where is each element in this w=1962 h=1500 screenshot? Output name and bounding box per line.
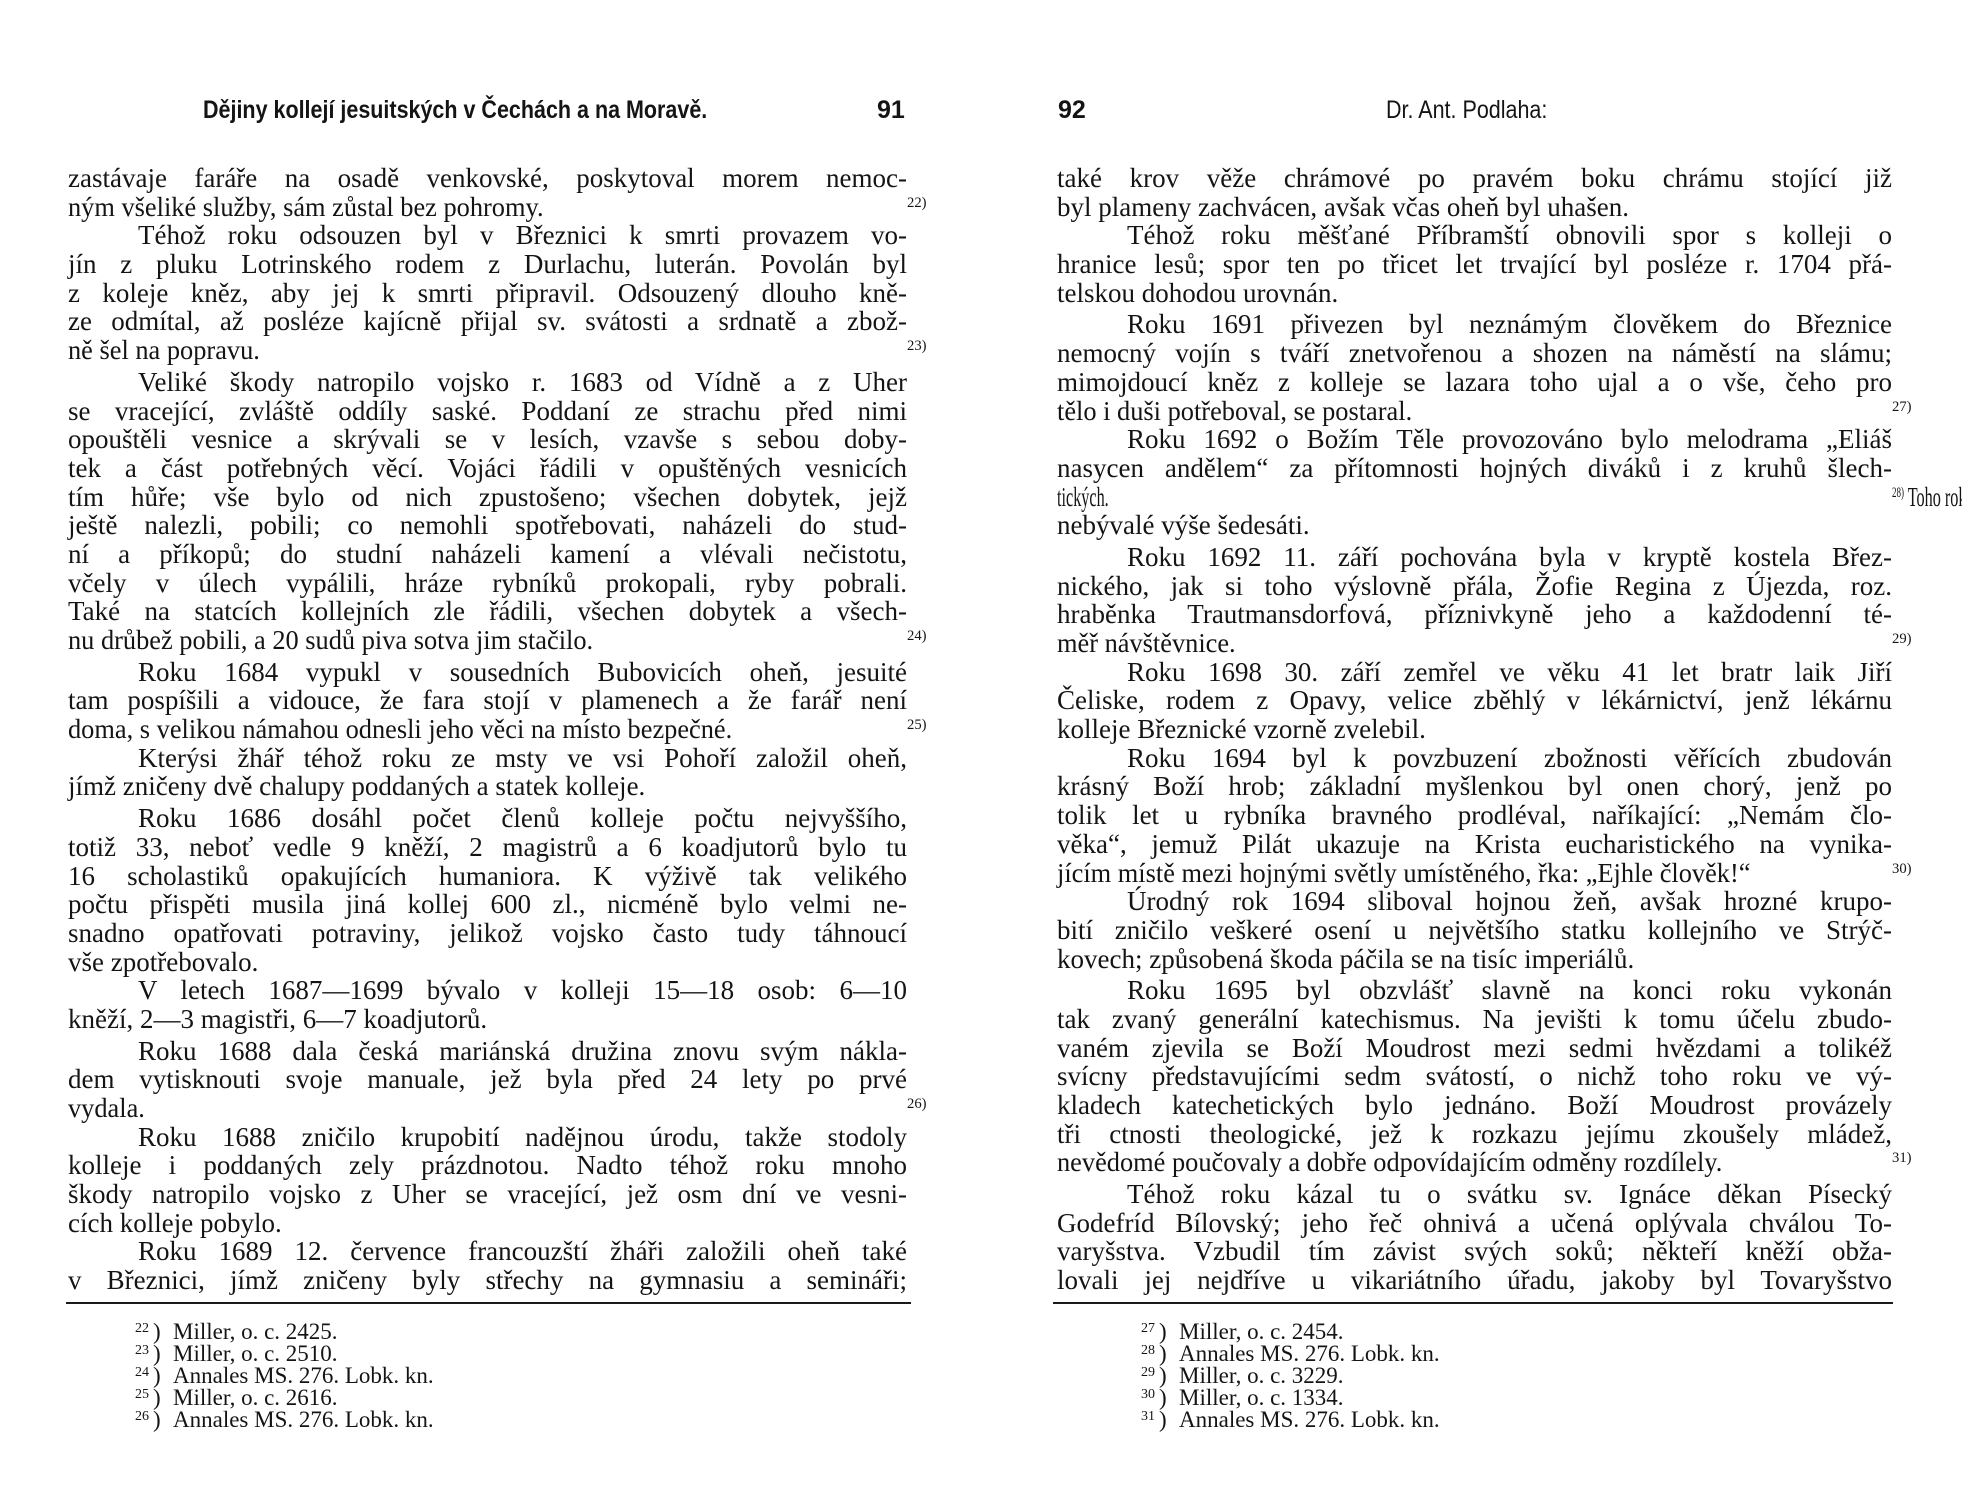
text-line: hraběnka Trautmansdorfová, příznivkyně j… (1057, 600, 1892, 629)
text-line: tím hůře; vše bylo od nich zpustošeno; v… (68, 483, 907, 512)
text-line: ným všeliké služby, sám zůstal bez pohro… (68, 193, 907, 222)
text-line: totiž 33, neboť vedle 9 kněží, 2 magistr… (68, 833, 907, 862)
text-line: zastávaje faráře na osadě venkovské, pos… (68, 164, 907, 193)
text-line: Téhož roku kázal tu o svátku sv. Ignáce … (1057, 1180, 1892, 1209)
text-line: jímž zničeny dvě chalupy poddaných a sta… (68, 772, 907, 801)
footnote: 28)Annales MS. 276. Lobk. kn. (1141, 1340, 1440, 1362)
text-line: Roku 1695 byl obzvlášť slavně na konci r… (1057, 976, 1892, 1005)
text-line: tak zvaný generální katechismus. Na jevi… (1057, 1005, 1892, 1034)
text-line: nického, jak si toho výslovně přála, Žof… (1057, 572, 1892, 601)
right-page: 92 Dr. Ant. Podlaha: také krov věže chrá… (981, 0, 1962, 1500)
text-line: 16 scholastiků opakujících humaniora. K … (68, 862, 907, 891)
text-line: Godefríd Bílovský; jeho řeč ohnivá a uče… (1057, 1209, 1892, 1238)
body-text: také krov věže chrámové po pravém boku c… (1057, 164, 1892, 1295)
text-line: kovech; způsobená škoda páčila se na tis… (1057, 945, 1892, 974)
text-line: tek a část potřebných věcí. Vojáci řádil… (68, 454, 907, 483)
text-line: byl plameny zachvácen, avšak včas oheň b… (1057, 193, 1892, 222)
text-line: tických.28) Toho roku počet chovanců sem… (1057, 483, 1892, 512)
text-line: Roku 1694 byl k povzbuzení zbožnosti věř… (1057, 744, 1892, 773)
text-line: Také na statcích kollejních zle řádili, … (68, 597, 907, 626)
text-line: měř návštěvnice.29) (1057, 629, 1892, 658)
footnote-ref: 29) (1892, 631, 1912, 647)
text-line: nebývalé výše šedesáti. (1057, 511, 1892, 540)
text-line: kolleje Březnické vzorně zvelebil. (1057, 715, 1892, 744)
footnote: 26)Annales MS. 276. Lobk. kn. (135, 1406, 434, 1428)
text-line: ně šel na popravu.23) (68, 336, 907, 365)
text-line: věka“, jemuž Pilát ukazuje na Krista euc… (1057, 830, 1892, 859)
text-line: Roku 1698 30. září zemřel ve věku 41 let… (1057, 658, 1892, 687)
text-line: Čeliske, rodem z Opavy, velice zběhlý v … (1057, 686, 1892, 715)
footnote: 24)Annales MS. 276. Lobk. kn. (135, 1362, 434, 1384)
text-line: Kterýsi žhář téhož roku ze msty ve vsi P… (68, 744, 907, 773)
text-line: z koleje kněz, aby jej k smrti připravil… (68, 279, 907, 308)
text-line: kladech katechetických bylo jednáno. Bož… (1057, 1091, 1892, 1120)
text-line: ze odmítal, až posléze kajícně přijal sv… (68, 307, 907, 336)
text-line: Roku 1691 přivezen byl neznámým člověkem… (1057, 310, 1892, 339)
text-line: tělo i duši potřeboval, se postaral.27) (1057, 397, 1892, 426)
text-line: nevědomé poučovaly a dobře odpovídajícím… (1057, 1148, 1892, 1177)
text-line: cích kolleje pobylo. (68, 1209, 907, 1238)
text-line: Roku 1689 12. července francouzští žháři… (68, 1237, 907, 1266)
footnote-ref: 23) (907, 338, 927, 354)
text-line: krásný Boží hrob; základní myšlenkou byl… (1057, 772, 1892, 801)
text-line: počtu přispěti musila jiná kollej 600 zl… (68, 890, 907, 919)
text-line: tolik let u rybníka bravného prodléval, … (1057, 801, 1892, 830)
text-line: nemocný vojín s tváří znetvořenou a shoz… (1057, 339, 1892, 368)
running-head-author: Dr. Ant. Podlaha: (1386, 96, 1547, 125)
text-line: ní a příkopů; do studní naházeli kamení … (68, 540, 907, 569)
text-line: vydala.26) (68, 1094, 907, 1123)
text-line: bití zničilo veškeré osení u největšího … (1057, 916, 1892, 945)
text-line: Téhož roku odsouzen byl v Březnici k smr… (68, 221, 907, 250)
footnote-ref: 31) (1892, 1150, 1912, 1166)
text-line: lovali jej nejdříve u vikariátního úřadu… (1057, 1266, 1892, 1295)
footnote-ref: 28) (1892, 485, 1904, 501)
text-line: tři ctnosti theologické, jež k rozkazu j… (1057, 1120, 1892, 1149)
footnote-ref: 30) (1892, 861, 1912, 877)
text-line: nasycen andělem“ za přítomnosti hojných … (1057, 454, 1892, 483)
text-line: Roku 1688 dala česká mariánská družina z… (68, 1037, 907, 1066)
text-line: svícny představujícími sedm svátostí, o … (1057, 1062, 1892, 1091)
text-line: jícím místě mezi hojnými světly umístěné… (1057, 859, 1892, 888)
text-line: telskou dohodou urovnán. (1057, 279, 1892, 308)
footnote-ref: 27) (1892, 399, 1912, 415)
text-line: doma, s velikou námahou odnesli jeho věc… (68, 715, 907, 744)
text-line: snadno opatřovati potraviny, jelikož voj… (68, 919, 907, 948)
text-line: také krov věže chrámové po pravém boku c… (1057, 164, 1892, 193)
page-number: 91 (877, 96, 905, 125)
body-text: zastávaje faráře na osadě venkovské, pos… (68, 164, 907, 1295)
text-line: jín z pluku Lotrinského rodem z Durlachu… (68, 250, 907, 279)
text-line: nu drůbež pobili, a 20 sudů piva sotva j… (68, 626, 907, 655)
text-line: Roku 1692 11. září pochována byla v kryp… (1057, 543, 1892, 572)
footnote-separator (66, 1302, 911, 1304)
footnotes: 27)Miller, o. c. 2454.28)Annales MS. 276… (1141, 1318, 1440, 1428)
page-number: 92 (1058, 96, 1086, 125)
text-line: se vracející, zvláště oddíly saské. Podd… (68, 397, 907, 426)
text-line: v Březnici, jímž zničeny byly střechy na… (68, 1266, 907, 1295)
footnote: 23)Miller, o. c. 2510. (135, 1340, 434, 1362)
text-line: Roku 1684 vypukl v sousedních Bubovicích… (68, 658, 907, 687)
text-line: Roku 1692 o Božím Těle provozováno bylo … (1057, 425, 1892, 454)
footnote-ref: 22) (907, 195, 927, 211)
text-line: včely v úlech vypálili, hráze rybníků pr… (68, 569, 907, 598)
footnote-separator (1053, 1302, 1893, 1304)
text-line: hranice lesů; spor ten po třicet let trv… (1057, 250, 1892, 279)
text-line: opouštěli vesnice a skrývali se v lesích… (68, 425, 907, 454)
text-line: mimojdoucí kněz z kolleje se lazara toho… (1057, 368, 1892, 397)
text-line: vše zpotřebovalo. (68, 948, 907, 977)
text-line: V letech 1687—1699 bývalo v kolleji 15—1… (68, 976, 907, 1005)
text-line: kněží, 2—3 magistři, 6—7 koadjutorů. (68, 1005, 907, 1034)
footnote: 30)Miller, o. c. 1334. (1141, 1384, 1440, 1406)
footnote-ref: 25) (907, 717, 927, 733)
running-head-title: Dějiny kollejí jesuitských v Čechách a n… (203, 96, 707, 125)
footnote-ref: 24) (907, 628, 927, 644)
text-line: Roku 1688 zničilo krupobití nadějnou úro… (68, 1123, 907, 1152)
text-line: Téhož roku měšťané Příbramští obnovili s… (1057, 221, 1892, 250)
text-line: varyšstva. Vzbudil tím závist svých soků… (1057, 1237, 1892, 1266)
left-page: Dějiny kollejí jesuitských v Čechách a n… (0, 0, 981, 1500)
text-line: Veliké škody natropilo vojsko r. 1683 od… (68, 368, 907, 397)
text-line: kolleje i poddaných zely prázdnotou. Nad… (68, 1151, 907, 1180)
text-line: Úrodný rok 1694 sliboval hojnou žeň, avš… (1057, 887, 1892, 916)
text-line: Roku 1686 dosáhl počet členů kolleje poč… (68, 804, 907, 833)
text-line: ještě nalezli, pobili; co nemohli spotře… (68, 511, 907, 540)
text-line: škody natropilo vojsko z Uher se vracejí… (68, 1180, 907, 1209)
footnote: 31)Annales MS. 276. Lobk. kn. (1141, 1406, 1440, 1428)
text-line: tam pospíšili a vidouce, že fara stojí v… (68, 686, 907, 715)
footnote: 27)Miller, o. c. 2454. (1141, 1318, 1440, 1340)
footnote: 22)Miller, o. c. 2425. (135, 1318, 434, 1340)
text-line: vaném zjevila se Boží Moudrost mezi sedm… (1057, 1034, 1892, 1063)
footnotes: 22)Miller, o. c. 2425.23)Miller, o. c. 2… (135, 1318, 434, 1428)
text-line: dem vytisknouti svoje manuale, jež byla … (68, 1065, 907, 1094)
footnote-ref: 26) (907, 1096, 927, 1112)
